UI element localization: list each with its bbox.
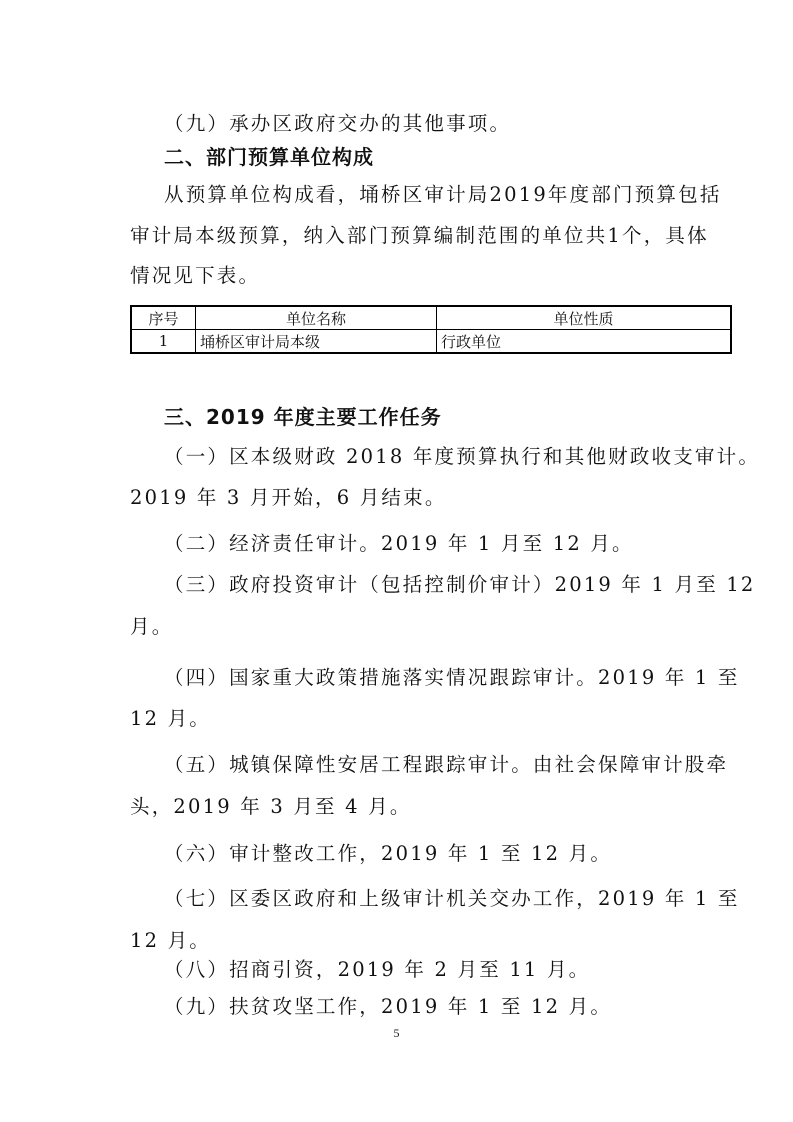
task-line: （九）扶贫攻坚工作，2019 年 1 至 12 月。	[164, 995, 720, 1019]
task-line: （四）国家重大政策措施落实情况跟踪审计。2019 年 1 至	[164, 666, 720, 690]
task-line: （二）经济责任审计。2019 年 1 月至 12 月。	[164, 532, 720, 556]
section-heading-2: 二、部门预算单位构成	[164, 145, 754, 169]
table-cell: 1	[131, 330, 196, 354]
task-line: （三）政府投资审计（包括控制价审计）2019 年 1 月至 12	[164, 573, 720, 597]
budget-unit-table: 序号 单位名称 单位性质 1 埇桥区审计局本级 行政单位	[130, 305, 732, 354]
task-line: 12 月。	[130, 929, 720, 953]
paragraph-line: 审计局本级预算，纳入部门预算编制范围的单位共1个，具体	[130, 224, 720, 248]
page-number: 5	[0, 1026, 793, 1041]
section-heading-3: 三、2019 年度主要工作任务	[164, 405, 754, 429]
table-cell: 行政单位	[437, 330, 732, 354]
paragraph-line: 情况见下表。	[130, 264, 720, 288]
task-line: （七）区委区政府和上级审计机关交办工作，2019 年 1 至	[164, 887, 720, 911]
task-line: （五）城镇保障性安居工程跟踪审计。由社会保障审计股牵	[164, 753, 720, 777]
column-header: 单位名称	[196, 306, 437, 330]
task-line: 月。	[130, 615, 720, 639]
column-header: 单位性质	[437, 306, 732, 330]
task-line: （一）区本级财政 2018 年度预算执行和其他财政收支审计。	[164, 445, 720, 469]
table-cell: 埇桥区审计局本级	[196, 330, 437, 354]
task-line: 2019 年 3 月开始，6 月结束。	[130, 486, 720, 510]
task-line: （六）审计整改工作，2019 年 1 至 12 月。	[164, 842, 720, 866]
task-line: 12 月。	[130, 707, 720, 731]
paragraph-line: （九）承办区政府交办的其他事项。	[164, 112, 720, 136]
table-header-row: 序号 单位名称 单位性质	[131, 306, 731, 330]
column-header: 序号	[131, 306, 196, 330]
table-row: 1 埇桥区审计局本级 行政单位	[131, 330, 731, 354]
task-line: 头，2019 年 3 月至 4 月。	[130, 795, 720, 819]
paragraph-line: 从预算单位构成看，埇桥区审计局2019年度部门预算包括	[164, 183, 720, 207]
task-line: （八）招商引资，2019 年 2 月至 11 月。	[164, 958, 720, 982]
